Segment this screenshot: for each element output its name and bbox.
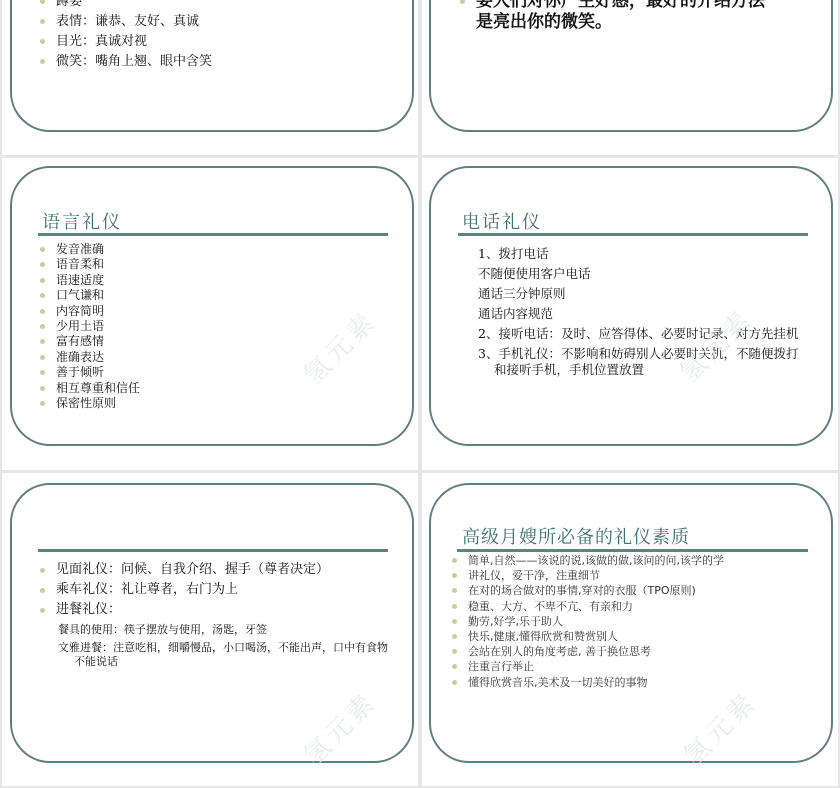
slide-title: 高级月嫂所必备的礼仪素质 — [462, 523, 690, 549]
bullet-icon — [40, 608, 45, 613]
bullet-icon — [40, 386, 45, 391]
slide-title: 电话礼仪 — [462, 208, 542, 234]
list-item: 进餐礼仪： — [38, 600, 329, 620]
sub-text-list: 餐具的使用：筷子摆放与使用，汤匙，牙签 文雅进餐：注意吃相，细嚼慢品，小口喝汤，… — [58, 623, 398, 669]
bullet-icon — [452, 680, 457, 685]
title-underline — [458, 233, 808, 236]
title-underline — [457, 549, 808, 552]
slide-cell-bottom-left[interactable]: 见面礼仪：问候、自我介绍、握手（尊者决定） 乘车礼仪：礼让尊者，右门为上 进餐礼… — [2, 473, 418, 786]
bullet-paragraph: 要人们对你产生好感，最好的介绍方法 是亮出你的微笑。 — [460, 0, 765, 33]
list-item: 简单,自然——该说的说,该做的做,该问的问,该学的学 — [450, 553, 724, 568]
bullet-list: 见面礼仪：问候、自我介绍、握手（尊者决定） 乘车礼仪：礼让尊者，右门为上 进餐礼… — [38, 560, 329, 620]
list-item: 3、手机礼仪：不影响和妨碍别人必要时关机，不随便拨打和接听手机，手机位置放置 — [478, 346, 810, 378]
bullet-icon — [452, 573, 457, 578]
list-item: 善于倾听 — [38, 365, 140, 380]
bullet-icon — [40, 324, 45, 329]
bullet-icon — [40, 262, 45, 267]
slide-cell-top-left[interactable]: 蹲姿 表情：谦恭、友好、真诚 目光：真诚对视 微笑：嘴角上翘、眼中含笑 — [2, 0, 418, 155]
list-item: 讲礼仪，爱干净，注重细节 — [450, 568, 724, 583]
bullet-icon — [452, 664, 457, 669]
bullet-icon — [40, 370, 45, 375]
bullet-icon — [40, 59, 45, 64]
bullet-icon — [40, 401, 45, 406]
bullet-icon — [40, 309, 45, 314]
list-item: 勤劳,好学,乐于助人 — [450, 614, 724, 629]
bullet-icon — [452, 634, 457, 639]
list-item: 通话三分钟原则 — [478, 286, 810, 302]
slide-cell-top-right[interactable]: 要人们对你产生好感，最好的介绍方法 是亮出你的微笑。 — [422, 0, 838, 155]
list-item: 口气谦和 — [38, 288, 140, 303]
bullet-icon — [40, 588, 45, 593]
bullet-list: 发音准确 语音柔和 语速适度 口气谦和 内容简明 少用土语 富有感情 准确表达 … — [38, 242, 140, 411]
list-item: 快乐,健康,懂得欣赏和赞赏别人 — [450, 629, 724, 644]
list-item: 在对的场合做对的事情,穿对的衣服（TPO原则) — [450, 583, 724, 598]
list-item: 富有感情 — [38, 334, 140, 349]
slide-cell-bottom-right[interactable]: 高级月嫂所必备的礼仪素质 简单,自然——该说的说,该做的做,该问的问,该学的学 … — [422, 473, 838, 786]
list-item: 稳重、大方、不卑不亢、有亲和力 — [450, 599, 724, 614]
bullet-icon — [40, 247, 45, 252]
list-item: 懂得欣赏音乐,美术及一切美好的事物 — [450, 675, 724, 690]
list-item: 餐具的使用：筷子摆放与使用，汤匙，牙签 — [58, 623, 398, 637]
paragraph-line-2: 是亮出你的微笑。 — [460, 12, 765, 33]
list-item: 2、接听电话：及时、应答得体、必要时记录、对方先挂机 — [478, 326, 810, 342]
list-item: 少用土语 — [38, 319, 140, 334]
bullet-icon — [452, 558, 457, 563]
slide-cell-middle-right[interactable]: 电话礼仪 1、拨打电话 不随便使用客户电话 通话三分钟原则 通话内容规范 2、接… — [422, 158, 838, 470]
list-item: 语速适度 — [38, 273, 140, 288]
bullet-icon — [452, 649, 457, 654]
title-underline — [38, 233, 388, 236]
bullet-icon — [40, 293, 45, 298]
bullet-icon — [40, 0, 45, 4]
bullet-icon — [452, 588, 457, 593]
bullet-icon — [452, 619, 457, 624]
list-item: 乘车礼仪：礼让尊者，右门为上 — [38, 580, 329, 600]
list-item: 语音柔和 — [38, 257, 140, 272]
list-item: 保密性原则 — [38, 396, 140, 411]
bullet-icon — [40, 355, 45, 360]
list-item: 发音准确 — [38, 242, 140, 257]
title-underline — [38, 549, 388, 552]
list-item: 注重言行举止 — [450, 659, 724, 674]
bullet-icon — [40, 39, 45, 44]
list-item: 会站在别人的角度考虑, 善于换位思考 — [450, 644, 724, 659]
bullet-list: 蹲姿 表情：谦恭、友好、真诚 目光：真诚对视 微笑：嘴角上翘、眼中含笑 — [38, 0, 212, 72]
list-item: 1、拨打电话 — [478, 246, 810, 262]
text-list: 1、拨打电话 不随便使用客户电话 通话三分钟原则 通话内容规范 2、接听电话：及… — [478, 246, 810, 378]
paragraph-line-1: 要人们对你产生好感，最好的介绍方法 — [460, 0, 765, 12]
list-item: 表情：谦恭、友好、真诚 — [38, 12, 212, 32]
list-item: 通话内容规范 — [478, 306, 810, 322]
bullet-icon — [40, 568, 45, 573]
list-item: 相互尊重和信任 — [38, 381, 140, 396]
list-item: 准确表达 — [38, 350, 140, 365]
list-item: 不随便使用客户电话 — [478, 266, 810, 282]
list-item: 蹲姿 — [38, 0, 212, 12]
list-item: 微笑：嘴角上翘、眼中含笑 — [38, 52, 212, 72]
list-item: 目光：真诚对视 — [38, 32, 212, 52]
bullet-icon — [40, 19, 45, 24]
list-item: 文雅进餐：注意吃相，细嚼慢品，小口喝汤，不能出声，口中有食物不能说话 — [58, 641, 398, 669]
list-item: 内容简明 — [38, 304, 140, 319]
slide-cell-middle-left[interactable]: 语言礼仪 发音准确 语音柔和 语速适度 口气谦和 内容简明 少用土语 富有感情 … — [2, 158, 418, 470]
bullet-icon — [452, 604, 457, 609]
list-item: 见面礼仪：问候、自我介绍、握手（尊者决定） — [38, 560, 329, 580]
bullet-icon — [40, 278, 45, 283]
slide-title: 语言礼仪 — [42, 208, 122, 234]
bullet-list: 简单,自然——该说的说,该做的做,该问的问,该学的学 讲礼仪，爱干净，注重细节 … — [450, 553, 724, 690]
bullet-icon — [40, 339, 45, 344]
